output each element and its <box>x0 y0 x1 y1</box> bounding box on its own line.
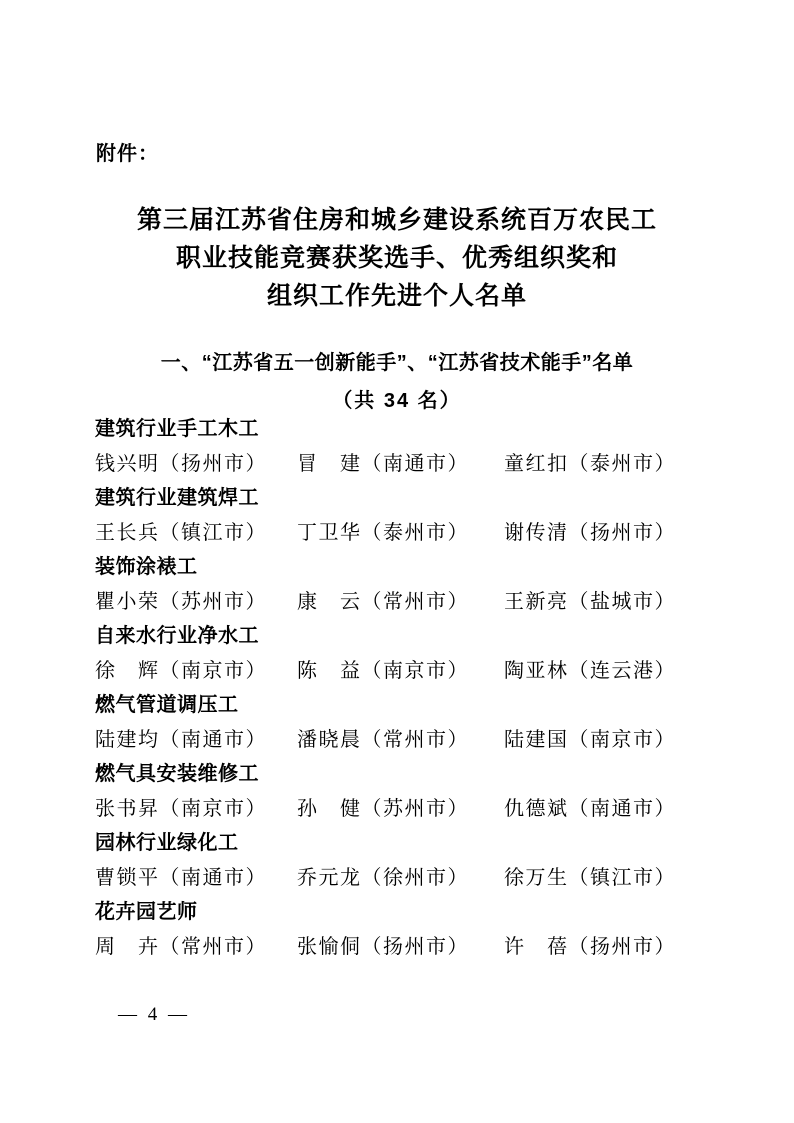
winner-entry: 徐万生（镇江市） <box>504 861 707 896</box>
winner-entry: 徐 辉（南京市） <box>95 654 297 689</box>
winner-entry: 童红扣（泰州市） <box>504 447 707 482</box>
winner-entry: 王新亮（盐城市） <box>504 585 707 620</box>
category-heading: 装饰涂裱工 <box>95 550 707 585</box>
category-heading: 园林行业绿化工 <box>95 826 707 861</box>
winner-row: 陆建均（南通市）潘晓晨（常州市）陆建国（南京市） <box>95 723 707 758</box>
winner-row: 周 卉（常州市）张愉侗（扬州市）许 蓓（扬州市） <box>95 930 707 965</box>
winner-row: 钱兴明（扬州市）冒 建（南通市）童红扣（泰州市） <box>95 447 707 482</box>
section-count-note: （共 34 名） <box>0 384 794 413</box>
winner-entry: 乔元龙（徐州市） <box>297 861 504 896</box>
winner-row: 徐 辉（南京市）陈 益（南京市）陶亚林（连云港） <box>95 654 707 689</box>
winner-entry: 仇德斌（南通市） <box>504 792 707 827</box>
winner-entry: 谢传清（扬州市） <box>504 516 707 551</box>
category-heading: 燃气管道调压工 <box>95 688 707 723</box>
document-title-line-2: 职业技能竞赛获奖选手、优秀组织奖和 <box>0 240 794 278</box>
winner-entry: 冒 建（南通市） <box>297 447 504 482</box>
category-heading: 燃气具安装维修工 <box>95 757 707 792</box>
winner-entry: 周 卉（常州市） <box>95 930 297 965</box>
winner-entry: 潘晓晨（常州市） <box>297 723 504 758</box>
winner-row: 曹锁平（南通市）乔元龙（徐州市）徐万生（镇江市） <box>95 861 707 896</box>
category-heading: 建筑行业建筑焊工 <box>95 481 707 516</box>
document-title-line-1: 第三届江苏省住房和城乡建设系统百万农民工 <box>0 202 794 240</box>
winner-entry: 钱兴明（扬州市） <box>95 447 297 482</box>
attachment-label: 附件： <box>96 137 159 166</box>
winner-entry: 陆建国（南京市） <box>504 723 707 758</box>
category-heading: 建筑行业手工木工 <box>95 412 707 447</box>
document-title: 第三届江苏省住房和城乡建设系统百万农民工 职业技能竞赛获奖选手、优秀组织奖和 组… <box>0 202 794 316</box>
winner-entry: 丁卫华（泰州市） <box>297 516 504 551</box>
winner-entry: 陆建均（南通市） <box>95 723 297 758</box>
section-heading: 一、“江苏省五一创新能手”、“江苏省技术能手”名单 <box>0 346 794 375</box>
winner-row: 瞿小荣（苏州市）康 云（常州市）王新亮（盐城市） <box>95 585 707 620</box>
category-heading: 自来水行业净水工 <box>95 619 707 654</box>
winner-entry: 瞿小荣（苏州市） <box>95 585 297 620</box>
winner-entry: 张愉侗（扬州市） <box>297 930 504 965</box>
winner-entry: 许 蓓（扬州市） <box>504 930 707 965</box>
winner-row: 张书昇（南京市）孙 健（苏州市）仇德斌（南通市） <box>95 792 707 827</box>
document-title-line-3: 组织工作先进个人名单 <box>0 278 794 316</box>
page-number: — 4 — <box>118 1004 190 1026</box>
winner-entry: 陈 益（南京市） <box>297 654 504 689</box>
winner-entry: 张书昇（南京市） <box>95 792 297 827</box>
document-page: 附件： 第三届江苏省住房和城乡建设系统百万农民工 职业技能竞赛获奖选手、优秀组织… <box>0 0 794 1123</box>
winner-list: 建筑行业手工木工钱兴明（扬州市）冒 建（南通市）童红扣（泰州市）建筑行业建筑焊工… <box>95 412 707 964</box>
winner-entry: 陶亚林（连云港） <box>504 654 707 689</box>
category-heading: 花卉园艺师 <box>95 895 707 930</box>
winner-entry: 曹锁平（南通市） <box>95 861 297 896</box>
winner-entry: 王长兵（镇江市） <box>95 516 297 551</box>
winner-row: 王长兵（镇江市）丁卫华（泰州市）谢传清（扬州市） <box>95 516 707 551</box>
winner-entry: 康 云（常州市） <box>297 585 504 620</box>
winner-entry: 孙 健（苏州市） <box>297 792 504 827</box>
